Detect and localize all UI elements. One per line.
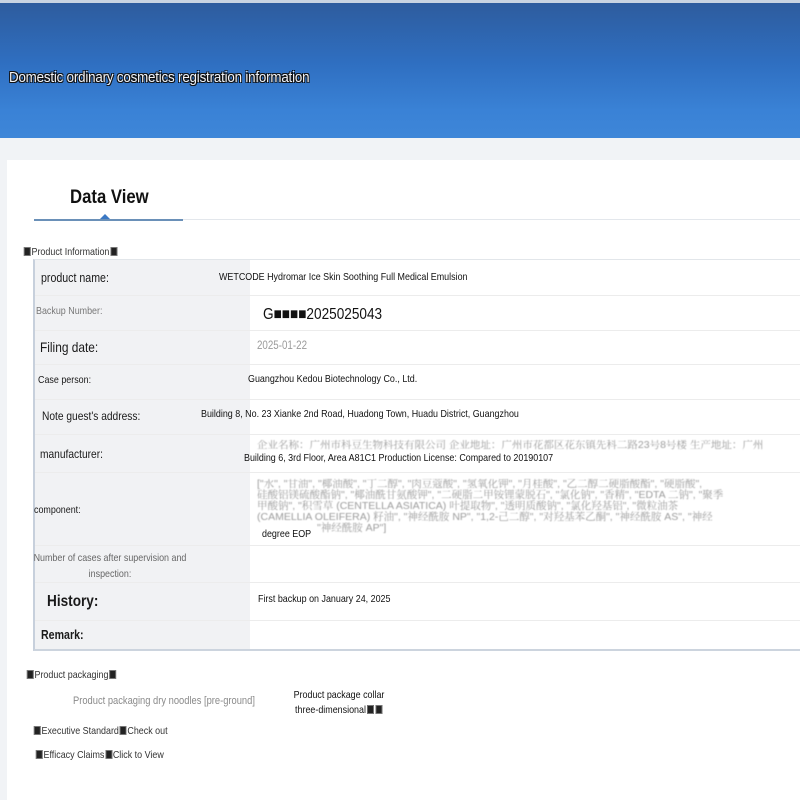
bracket-right-icon — [120, 726, 127, 735]
row-divider — [35, 620, 800, 621]
row-divider — [35, 434, 800, 435]
bracket-left-icon — [24, 247, 31, 256]
packaging-right-text: Product package collar three-dimensional — [280, 688, 398, 718]
label-case-person: Case person: — [38, 374, 91, 386]
row-divider — [35, 472, 800, 473]
unknown-glyph-icon — [367, 705, 374, 714]
component-ingredients-list: ["水", "甘油", "椰油酸", "丁二醇", "肉豆蔻酸", "氢氧化钾"… — [257, 479, 800, 534]
bracket-left-icon — [27, 670, 34, 679]
row-divider — [35, 582, 800, 583]
manufacturer-background-text: 企业名称：广州市科豆生物科技有限公司 企业地址：广州市花都区花东镇先科二路23号… — [257, 440, 800, 451]
label-remark: Remark: — [41, 628, 84, 642]
bracket-left-icon — [36, 750, 43, 759]
label-manufacturer: manufacturer: — [40, 447, 103, 461]
bracket-left-icon — [34, 726, 41, 735]
value-case-person: Guangzhou Kedou Biotechnology Co., Ltd. — [248, 373, 417, 385]
section-product-packaging: Product packaging — [26, 669, 117, 681]
efficacy-claims-view-link[interactable]: Click to View — [113, 749, 164, 761]
row-divider — [35, 545, 800, 546]
row-divider — [35, 295, 800, 296]
tab-caret-icon — [100, 214, 110, 219]
header-banner: Domestic ordinary cosmetics registration… — [0, 0, 800, 138]
label-product-name: product name: — [41, 271, 109, 285]
value-manufacturer: Building 6, 3rd Floor, Area A81C1 Produc… — [244, 452, 553, 464]
executive-standard-row: Executive StandardCheck out — [33, 725, 168, 737]
page-title: Domestic ordinary cosmetics registration… — [9, 70, 309, 86]
label-address: Note guest's address: — [42, 409, 140, 423]
value-history: First backup on January 24, 2025 — [258, 593, 390, 605]
row-divider — [35, 364, 800, 365]
packaging-left-text: Product packaging dry noodles [pre-groun… — [73, 695, 255, 707]
executive-standard-check-out-link[interactable]: Check out — [127, 725, 167, 737]
bracket-right-icon — [110, 247, 117, 256]
section-product-information: Product Information — [23, 246, 118, 258]
row-divider — [35, 399, 800, 400]
value-product-name: WETCODE Hydromar Ice Skin Soothing Full … — [219, 271, 468, 283]
unknown-glyph-icon — [375, 705, 382, 714]
label-component: component: — [34, 504, 81, 516]
tab-data-view[interactable]: Data View — [70, 187, 149, 209]
bracket-right-icon — [109, 670, 116, 679]
efficacy-claims-row: Efficacy ClaimsClick to View — [35, 749, 164, 761]
label-history: History: — [47, 593, 98, 611]
label-backup-number: Backup Number: — [36, 305, 102, 317]
bracket-right-icon — [105, 750, 112, 759]
value-backup-number: G■■■■2025025043 — [263, 306, 382, 324]
value-filing-date: 2025-01-22 — [257, 340, 307, 352]
label-filing-date: Filing date: — [40, 339, 98, 355]
tab-divider — [183, 219, 800, 220]
value-component: degree EOP — [262, 528, 311, 540]
label-supervision-cases: Number of cases after supervision and in… — [15, 550, 205, 582]
tab-active-indicator — [34, 219, 183, 221]
row-divider — [35, 330, 800, 331]
value-address: Building 8, No. 23 Xianke 2nd Road, Huad… — [201, 408, 519, 420]
